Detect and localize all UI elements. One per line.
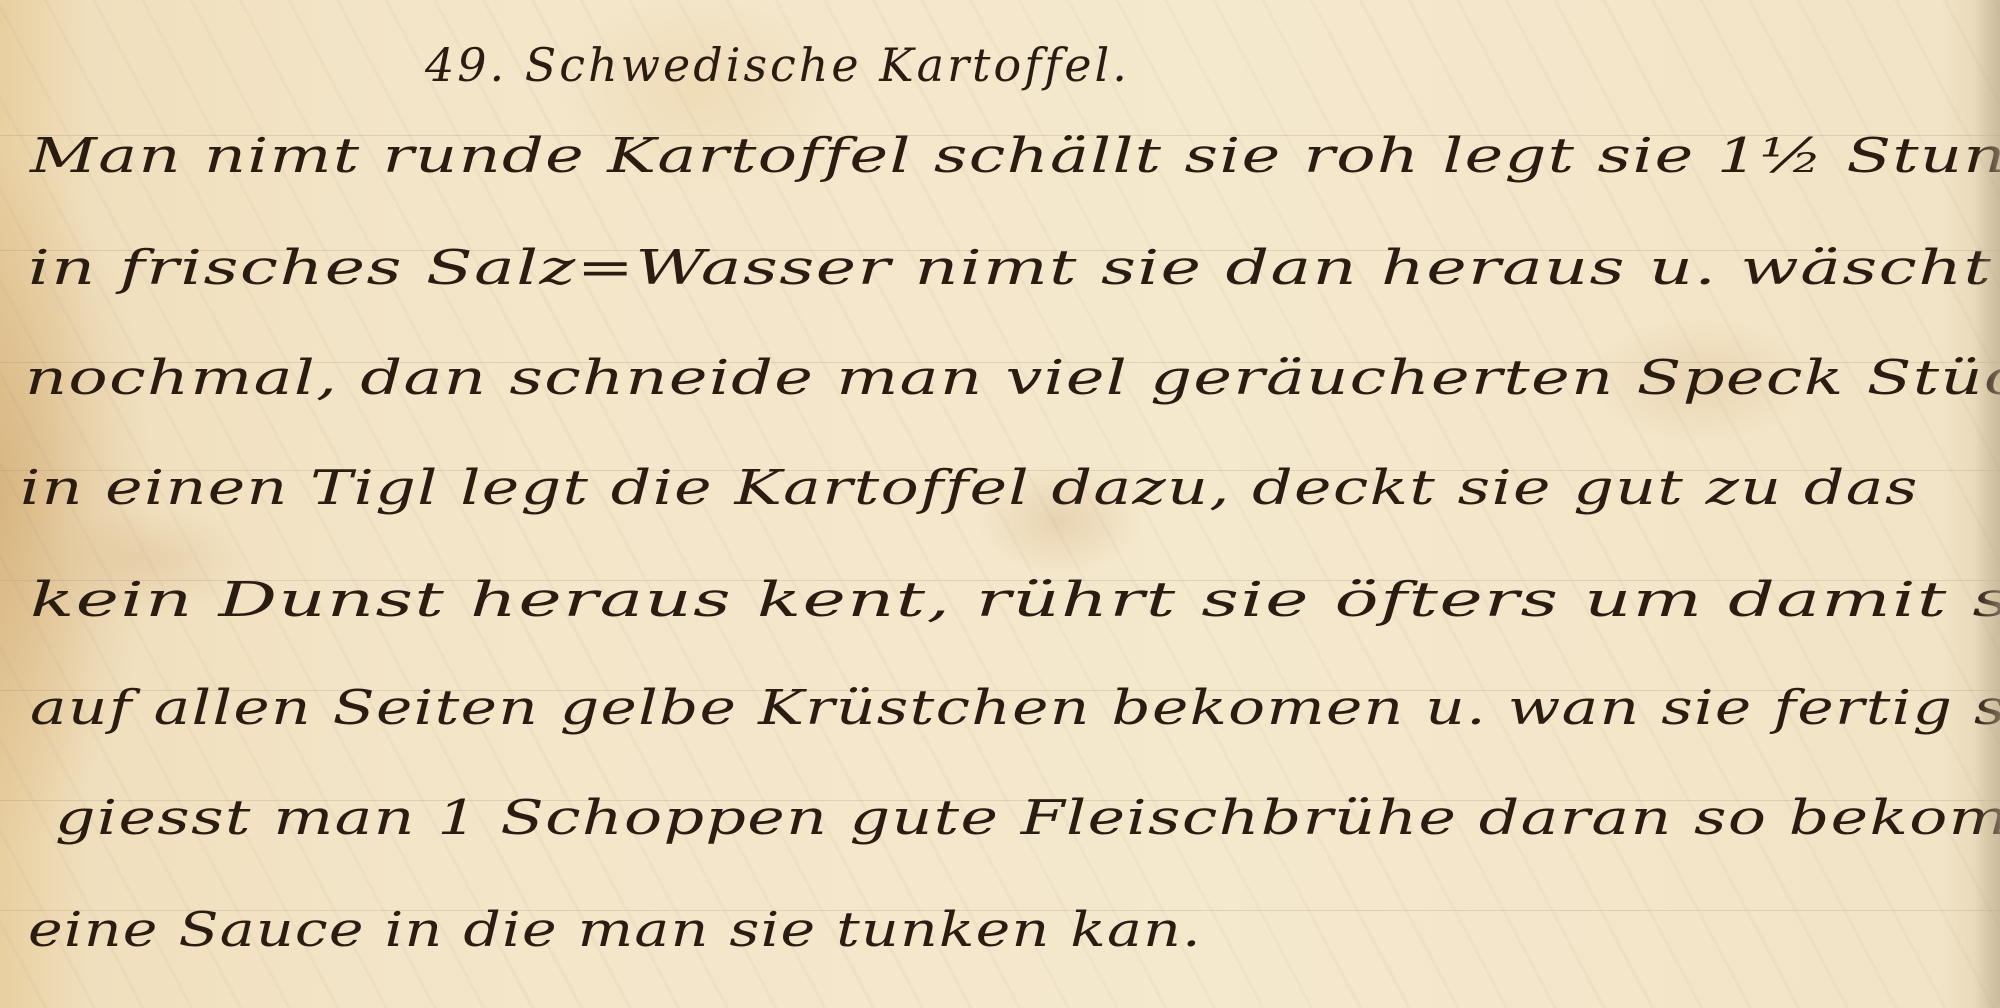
recipe-number: 49. [425,38,507,92]
page-edge-shadow [1974,0,2000,1008]
recipe-line-6: auf allen Seiten gelbe Krüstchen bekomen… [30,680,2000,736]
recipe-line-1: Man nimt runde Kartoffel schällt sie roh… [30,128,2000,184]
recipe-heading: 49. Schwedische Kartoffel. [425,38,1130,92]
recipe-line-4: in einen Tigl legt die Kartoffel dazu, d… [20,460,1919,516]
recipe-line-8: eine Sauce in die man sie tunken kan. [28,902,1202,958]
recipe-line-3: nochmal, dan schneide man viel geräucher… [25,350,2000,406]
recipe-title: Schwedische Kartoffel. [525,38,1130,92]
recipe-line-5: kein Dunst heraus kent, rührt sie öfters… [30,572,2000,628]
recipe-line-2: in frisches Salz=Wasser nimt sie dan her… [28,240,2000,296]
recipe-line-7: giesst man 1 Schoppen gute Fleischbrühe … [55,790,2000,846]
manuscript-page: 49. Schwedische Kartoffel. Man nimt rund… [0,0,2000,1008]
